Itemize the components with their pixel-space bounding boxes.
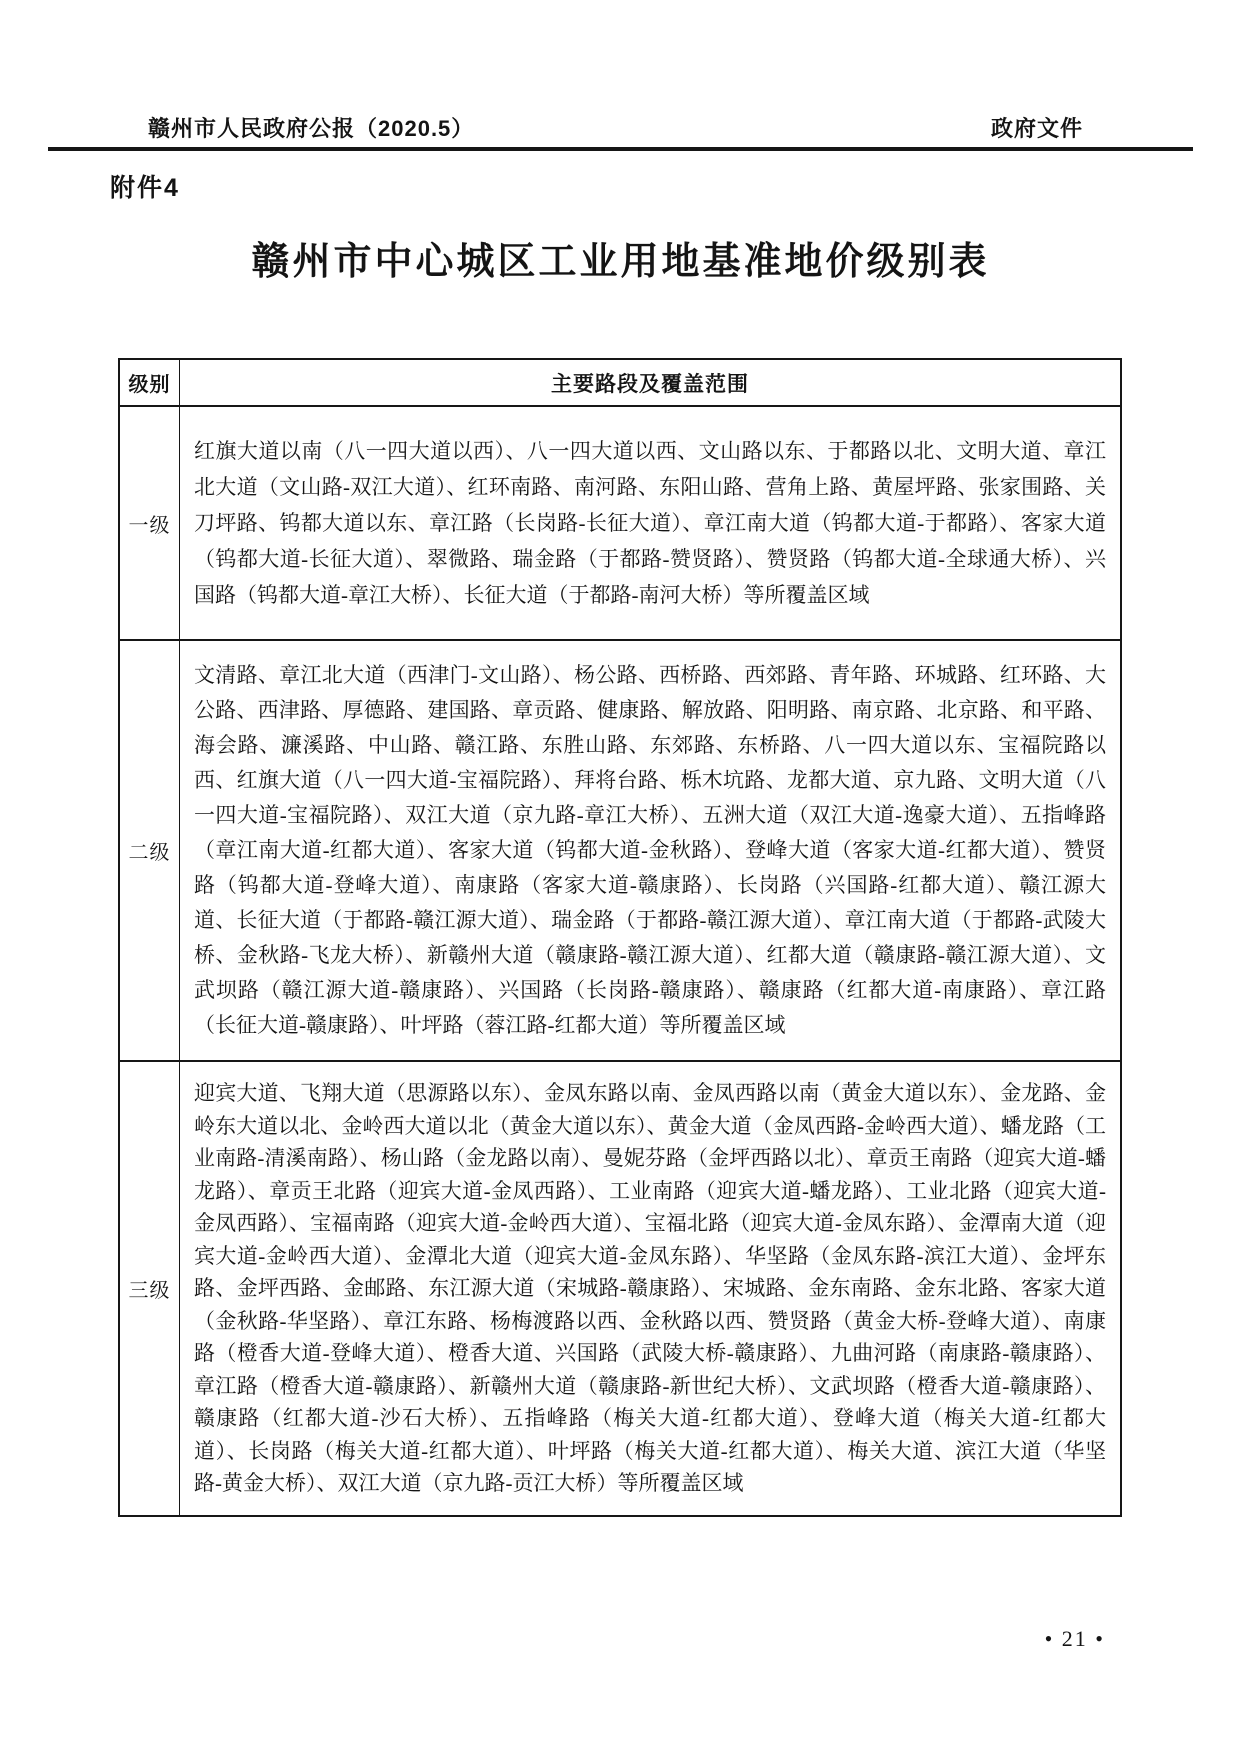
coverage-cell-2: 文清路、章江北大道（西津门-文山路）、杨公路、西桥路、西郊路、青年路、环城路、红…: [180, 641, 1120, 1060]
page-title: 赣州市中心城区工业用地基准地价级别表: [0, 230, 1241, 285]
page-number: • 21 •: [1045, 1626, 1105, 1652]
coverage-text-1: 红旗大道以南（八一四大道以西）、八一四大道以西、文山路以东、于都路以北、文明大道…: [194, 433, 1106, 613]
level-cell-3: 三级: [120, 1062, 180, 1515]
gazette-page: 赣州市人民政府公报（2020.5） 政府文件 附件4 赣州市中心城区工业用地基准…: [0, 0, 1241, 1754]
table-row: 一级 红旗大道以南（八一四大道以西）、八一四大道以西、文山路以东、于都路以北、文…: [120, 405, 1120, 639]
running-header: 赣州市人民政府公报（2020.5） 政府文件: [148, 112, 1083, 143]
coverage-cell-3: 迎宾大道、飞翔大道（思源路以东）、金凤东路以南、金凤西路以南（黄金大道以东）、金…: [180, 1062, 1120, 1515]
land-price-levels-table: 级别 主要路段及覆盖范围 一级 红旗大道以南（八一四大道以西）、八一四大道以西、…: [118, 358, 1122, 1517]
coverage-text-2: 文清路、章江北大道（西津门-文山路）、杨公路、西桥路、西郊路、青年路、环城路、红…: [194, 658, 1106, 1043]
level-cell-2: 二级: [120, 641, 180, 1060]
level-cell-1: 一级: [120, 407, 180, 639]
column-header-coverage-cell: 主要路段及覆盖范围: [180, 360, 1120, 405]
coverage-text-3: 迎宾大道、飞翔大道（思源路以东）、金凤东路以南、金凤西路以南（黄金大道以东）、金…: [194, 1077, 1106, 1500]
header-rule: [48, 147, 1193, 151]
column-header-coverage: 主要路段及覆盖范围: [194, 368, 1106, 398]
column-header-level: 级别: [120, 360, 180, 405]
header-gazette-title: 赣州市人民政府公报（2020.5）: [148, 112, 474, 143]
coverage-cell-1: 红旗大道以南（八一四大道以西）、八一四大道以西、文山路以东、于都路以北、文明大道…: [180, 407, 1120, 639]
table-row: 二级 文清路、章江北大道（西津门-文山路）、杨公路、西桥路、西郊路、青年路、环城…: [120, 639, 1120, 1060]
header-section-label: 政府文件: [991, 112, 1083, 143]
attachment-label: 附件4: [110, 168, 180, 204]
table-row: 三级 迎宾大道、飞翔大道（思源路以东）、金凤东路以南、金凤西路以南（黄金大道以东…: [120, 1060, 1120, 1515]
table-header-row: 级别 主要路段及覆盖范围: [120, 360, 1120, 405]
